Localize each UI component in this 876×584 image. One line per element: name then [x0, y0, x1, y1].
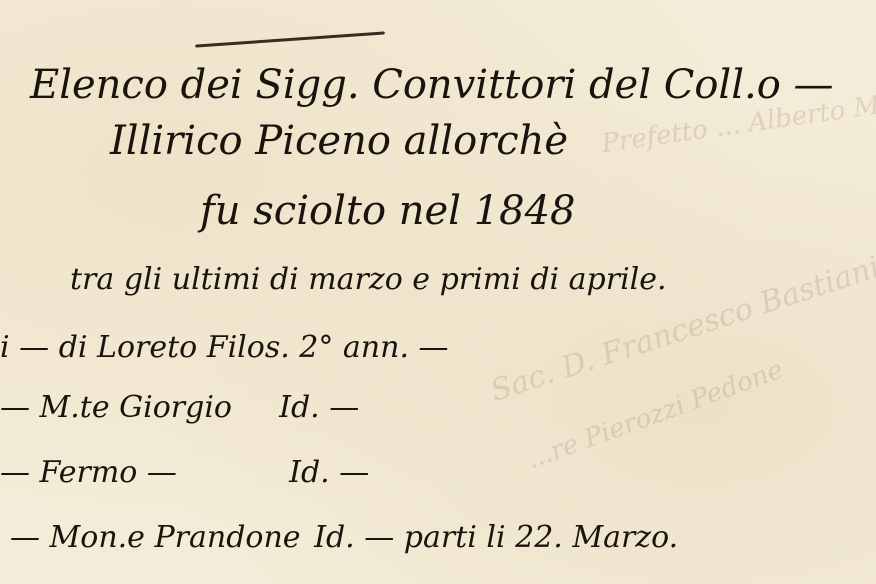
- entry-note: — parti li 22. Marzo.: [364, 520, 678, 555]
- title-line-2: Illirico Piceno allorchè: [110, 118, 568, 164]
- entry-row: — M.te Giorgio Id. —: [0, 390, 359, 425]
- ink-stroke: [195, 31, 385, 47]
- entry-note: —: [339, 455, 369, 490]
- entry-row: — Fermo — Id. —: [0, 455, 369, 490]
- entry-prefix: —: [0, 455, 30, 490]
- entry-prefix: —: [0, 390, 30, 425]
- entry-note: —: [329, 390, 359, 425]
- bleed-through-text: Sac. D. Francesco Bastiani di ...: [486, 226, 876, 409]
- entry-course: Id.: [279, 390, 320, 425]
- entry-name: di Loreto: [59, 330, 198, 365]
- title-line-3: fu sciolto nel 1848: [200, 188, 576, 234]
- entry-prefix: i —: [0, 330, 49, 365]
- title-line-4: tra gli ultimi di marzo e primi di april…: [70, 262, 667, 297]
- entry-note: —: [419, 330, 449, 365]
- entry-name: Mon.e Prandone: [50, 520, 305, 555]
- entry-course: Id.: [289, 455, 330, 490]
- entry-course: Id.: [314, 520, 355, 555]
- entry-row: — Mon.e Prandone Id. — parti li 22. Marz…: [10, 520, 678, 555]
- entry-prefix: —: [10, 520, 40, 555]
- entry-course: Filos. 2° ann.: [207, 330, 409, 365]
- entry-name: M.te Giorgio: [40, 390, 270, 425]
- entry-name: Fermo —: [40, 455, 280, 490]
- entry-row: i — di Loreto Filos. 2° ann. —: [0, 330, 449, 365]
- title-line-1: Elenco dei Sigg. Convittori del Coll.o —: [30, 62, 834, 108]
